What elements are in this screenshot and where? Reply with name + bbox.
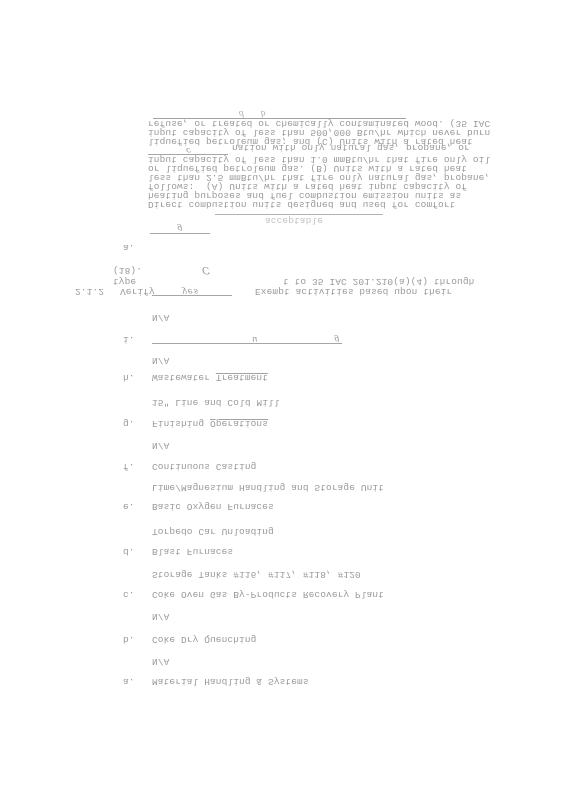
- item-sub-text: Torpedo Car Unloading: [152, 527, 274, 536]
- checklist-sub-row: N/A: [0, 355, 566, 365]
- item-text: Finishing Operations: [152, 419, 268, 428]
- scanned-document-page: a.Material Handling & SystemsN/Ab.Coke D…: [0, 0, 566, 800]
- checklist-item-row: b.Coke Dry Quenching: [0, 634, 566, 644]
- section-line2-left: type: [113, 277, 136, 286]
- checklist-item-row: d.Blast Furnaces: [0, 546, 566, 556]
- section-line1-text: Exempt activities based upon their: [255, 287, 452, 296]
- checklist-sub-row: N/A: [0, 312, 566, 322]
- checklist-item-row: f.Continuous Casting: [0, 461, 566, 471]
- item-sub-text: N/A: [152, 612, 169, 621]
- item-a-label: a.: [123, 243, 135, 252]
- item-sub-text: Storage Tanks #116, #117, #118, #120: [152, 570, 361, 579]
- checklist-sub-row: Lime/Magnesium Handling and Storage Unit: [0, 482, 566, 492]
- item-label: d.: [123, 547, 135, 556]
- checklist-item-row: h.Wastewater Treatment: [0, 372, 566, 382]
- item-label: c.: [123, 590, 135, 599]
- item-label: h.: [123, 373, 135, 382]
- item-text: Material Handling & Systems: [152, 677, 309, 686]
- item-a-row: a. g acceptable: [0, 242, 566, 252]
- item-label: g.: [123, 419, 135, 428]
- item-text: Coke Oven Gas By-Products Recovery Plant: [152, 590, 384, 599]
- item-label: a.: [123, 677, 135, 686]
- item-sub-text: N/A: [152, 313, 169, 322]
- checklist-sub-row: N/A: [0, 656, 566, 666]
- item-label: b.: [123, 635, 135, 644]
- checklist-item-row: c.Coke Oven Gas By-Products Recovery Pla…: [0, 589, 566, 599]
- item-sub-text: N/A: [152, 657, 169, 666]
- item-label: i.: [123, 335, 135, 344]
- item-blank-mark: u: [252, 334, 258, 343]
- item-text-underlined: Operations: [210, 418, 268, 429]
- section-line3-left: (18).: [113, 266, 142, 275]
- section-2-1-2-row2: type t to 35 IAC 201.210(a)(4) through: [0, 276, 566, 286]
- item-label: e.: [123, 502, 135, 511]
- paragraph-line: input capacity of less than 1.0 mmBtu/hr…: [148, 154, 566, 164]
- item-blank-mark: g: [334, 334, 340, 343]
- checklist-sub-row: Torpedo Car Unloading: [0, 526, 566, 536]
- checklist-sub-row: Storage Tanks #116, #117, #118, #120: [0, 569, 566, 579]
- document-content: a.Material Handling & SystemsN/Ab.Coke D…: [0, 0, 566, 800]
- paragraph-line: refuse, or treated or chemically contami…: [148, 118, 566, 128]
- section-2-1-2-row3: (18). C: [0, 265, 566, 275]
- item-text: Wastewater Treatment: [152, 373, 268, 382]
- checklist-sub-row: N/A: [0, 611, 566, 621]
- answer-blank: yes: [152, 286, 232, 296]
- checklist-item-row: g.Finishing Operations: [0, 418, 566, 428]
- item-text: Blast Furnaces: [152, 547, 233, 556]
- checklist-sub-row: 15" Line and Cold Mill: [0, 397, 566, 407]
- checklist-item-row: e.Basic Oxygen Furnaces: [0, 501, 566, 511]
- item-sub-text: N/A: [152, 441, 169, 450]
- item-blank-line: ug: [152, 334, 342, 344]
- section-number: 2.1.2: [75, 287, 104, 296]
- checklist-sub-row: N/A: [0, 440, 566, 450]
- item-a-scribble: g: [177, 223, 183, 232]
- verify-label: Verify: [120, 287, 155, 296]
- section-line2-right: t to 35 IAC 201.210(a)(4) through: [283, 277, 474, 286]
- item-sub-text: Lime/Magnesium Handling and Storage Unit: [152, 483, 384, 492]
- section-2-1-2-row: 2.1.2 Verify yes Exempt activities based…: [0, 286, 566, 296]
- checklist-item-row: a.Material Handling & Systems: [0, 676, 566, 686]
- item-text: Coke Dry Quenching: [152, 635, 256, 644]
- item-text: Basic Oxygen Furnaces: [152, 502, 274, 511]
- item-label: f.: [123, 462, 135, 471]
- footer-fragment: d b: [153, 107, 406, 119]
- item-sub-text: 15" Line and Cold Mill: [152, 398, 280, 407]
- checklist-item-row: i.ug: [0, 334, 566, 344]
- item-sub-text: N/A: [152, 356, 169, 365]
- item-a-scribble-blank: g: [150, 224, 210, 234]
- item-a-faint-text: acceptable: [215, 214, 383, 225]
- item-text-underlined: Treatment: [216, 372, 268, 383]
- item-text: Continuous Casting: [152, 462, 256, 471]
- handwritten-mark: C: [202, 265, 211, 274]
- handwritten-answer: yes: [182, 286, 199, 295]
